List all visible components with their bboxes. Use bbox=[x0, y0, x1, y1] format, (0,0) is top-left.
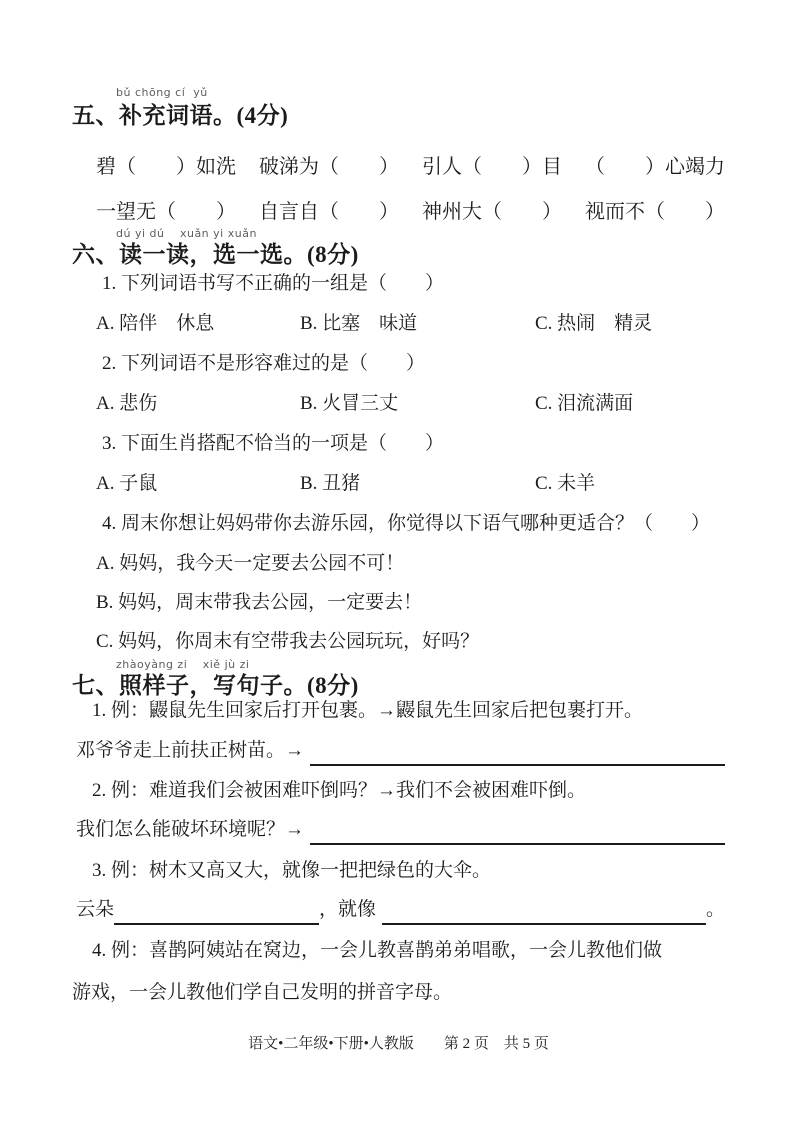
section-five-title: 五、补充词语。(4分) bbox=[72, 102, 725, 130]
option-a: A. 子鼠 bbox=[96, 469, 300, 499]
item-1-example: 1. 例：鼹鼠先生回家后打开包裹。→鼹鼠先生回家后把包裹打开。 bbox=[72, 696, 725, 726]
option-a: A. 陪伴 休息 bbox=[96, 309, 300, 339]
word-completion-item: 视而不（ ） bbox=[585, 197, 725, 227]
question-1-options: A. 陪伴 休息 B. 比塞 味道 C. 热闹 精灵 bbox=[72, 309, 725, 339]
word-completion-item: 引人（ ）目 bbox=[422, 152, 562, 182]
answer-blank-line bbox=[310, 818, 725, 845]
question-3-options: A. 子鼠 B. 丑猪 C. 未羊 bbox=[72, 469, 725, 499]
page-footer: 语文•二年级•下册•人教版 第 2 页 共 5 页 bbox=[72, 1034, 725, 1054]
option-b: B. 丑猪 bbox=[300, 469, 535, 499]
word-completion-row: 一望无（ ） 自言自（ ） 神州大（ ） 视而不（ ） bbox=[72, 197, 725, 227]
word-completion-item: （ ）心竭力 bbox=[585, 152, 725, 182]
word-completion-item: 一望无（ ） bbox=[96, 197, 236, 227]
question-3-stem: 3. 下面生肖搭配不恰当的一项是（ ） bbox=[72, 429, 725, 459]
option-c: C. 未羊 bbox=[535, 469, 725, 499]
section-five: bǔ chōng cí yǔ 五、补充词语。(4分) 碧（ ）如洗 破涕为（ ）… bbox=[72, 86, 725, 227]
section-five-pinyin: bǔ chōng cí yǔ bbox=[72, 86, 725, 100]
section-six-pinyin: dú yi dú xuǎn yi xuǎn bbox=[72, 227, 725, 241]
footer-page-number: 第 2 页 共 5 页 bbox=[444, 1034, 549, 1054]
item-3-lead: 云朵 bbox=[76, 895, 114, 925]
footer-course-info: 语文•二年级•下册•人教版 bbox=[248, 1034, 414, 1054]
section-six: dú yi dú xuǎn yi xuǎn 六、读一读，选一选。(8分) 1. … bbox=[72, 227, 725, 657]
option-a: A. 妈妈，我今天一定要去公园不可！ bbox=[72, 549, 725, 579]
option-b: B. 比塞 味道 bbox=[300, 309, 535, 339]
option-c: C. 妈妈，你周末有空带我去公园玩玩，好吗？ bbox=[72, 627, 725, 657]
section-six-title: 六、读一读，选一选。(8分) bbox=[72, 241, 725, 269]
option-b: B. 妈妈，周末带我去公园，一定要去！ bbox=[72, 588, 725, 618]
item-3-end: 。 bbox=[706, 895, 725, 925]
item-3-example: 3. 例：树木又高又大，就像一把把绿色的大伞。 bbox=[72, 856, 725, 886]
exam-page: bǔ chōng cí yǔ 五、补充词语。(4分) 碧（ ）如洗 破涕为（ ）… bbox=[0, 0, 793, 1122]
word-completion-row: 碧（ ）如洗 破涕为（ ） 引人（ ）目 （ ）心竭力 bbox=[72, 152, 725, 182]
word-completion-item: 碧（ ）如洗 bbox=[96, 152, 236, 182]
item-1-answer-line: 邓爷爷走上前扶正树苗。→ bbox=[72, 736, 725, 766]
answer-blank-line bbox=[310, 739, 725, 766]
word-completion-item: 神州大（ ） bbox=[422, 197, 562, 227]
item-4-example-line1: 4. 例：喜鹊阿姨站在窝边，一会儿教喜鹊弟弟唱歌，一会儿教他们做 bbox=[72, 936, 725, 966]
item-2-prompt: 我们怎么能破坏环境呢？→ bbox=[76, 815, 304, 845]
option-a: A. 悲伤 bbox=[96, 389, 300, 419]
question-4-stem: 4. 周末你想让妈妈带你去游乐园，你觉得以下语气哪种更适合？（ ） bbox=[72, 509, 725, 539]
item-2-answer-line: 我们怎么能破坏环境呢？→ bbox=[72, 815, 725, 845]
option-b: B. 火冒三丈 bbox=[300, 389, 535, 419]
question-2-options: A. 悲伤 B. 火冒三丈 C. 泪流满面 bbox=[72, 389, 725, 419]
option-c: C. 泪流满面 bbox=[535, 389, 725, 419]
question-1-stem: 1. 下列词语书写不正确的一组是（ ） bbox=[72, 269, 725, 299]
item-2-example: 2. 例：难道我们会被困难吓倒吗？→我们不会被困难吓倒。 bbox=[72, 776, 725, 806]
item-3-answer-line: 云朵 ，就像 。 bbox=[72, 895, 725, 925]
section-seven: zhàoyàng zi xiě jù zi 七、照样子，写句子。(8分) 1. … bbox=[72, 658, 725, 1008]
word-completion-item: 破涕为（ ） bbox=[259, 152, 399, 182]
answer-blank-line bbox=[382, 898, 706, 925]
option-c: C. 热闹 精灵 bbox=[535, 309, 725, 339]
question-2-stem: 2. 下列词语不是形容难过的是（ ） bbox=[72, 349, 725, 379]
answer-blank-line bbox=[114, 898, 319, 925]
word-completion-item: 自言自（ ） bbox=[259, 197, 399, 227]
item-3-mid: ，就像 bbox=[319, 895, 376, 925]
item-1-prompt: 邓爷爷走上前扶正树苗。→ bbox=[76, 736, 304, 766]
section-seven-pinyin: zhàoyàng zi xiě jù zi bbox=[72, 658, 725, 672]
item-4-example-line2: 游戏，一会儿教他们学自己发明的拼音字母。 bbox=[72, 978, 725, 1008]
